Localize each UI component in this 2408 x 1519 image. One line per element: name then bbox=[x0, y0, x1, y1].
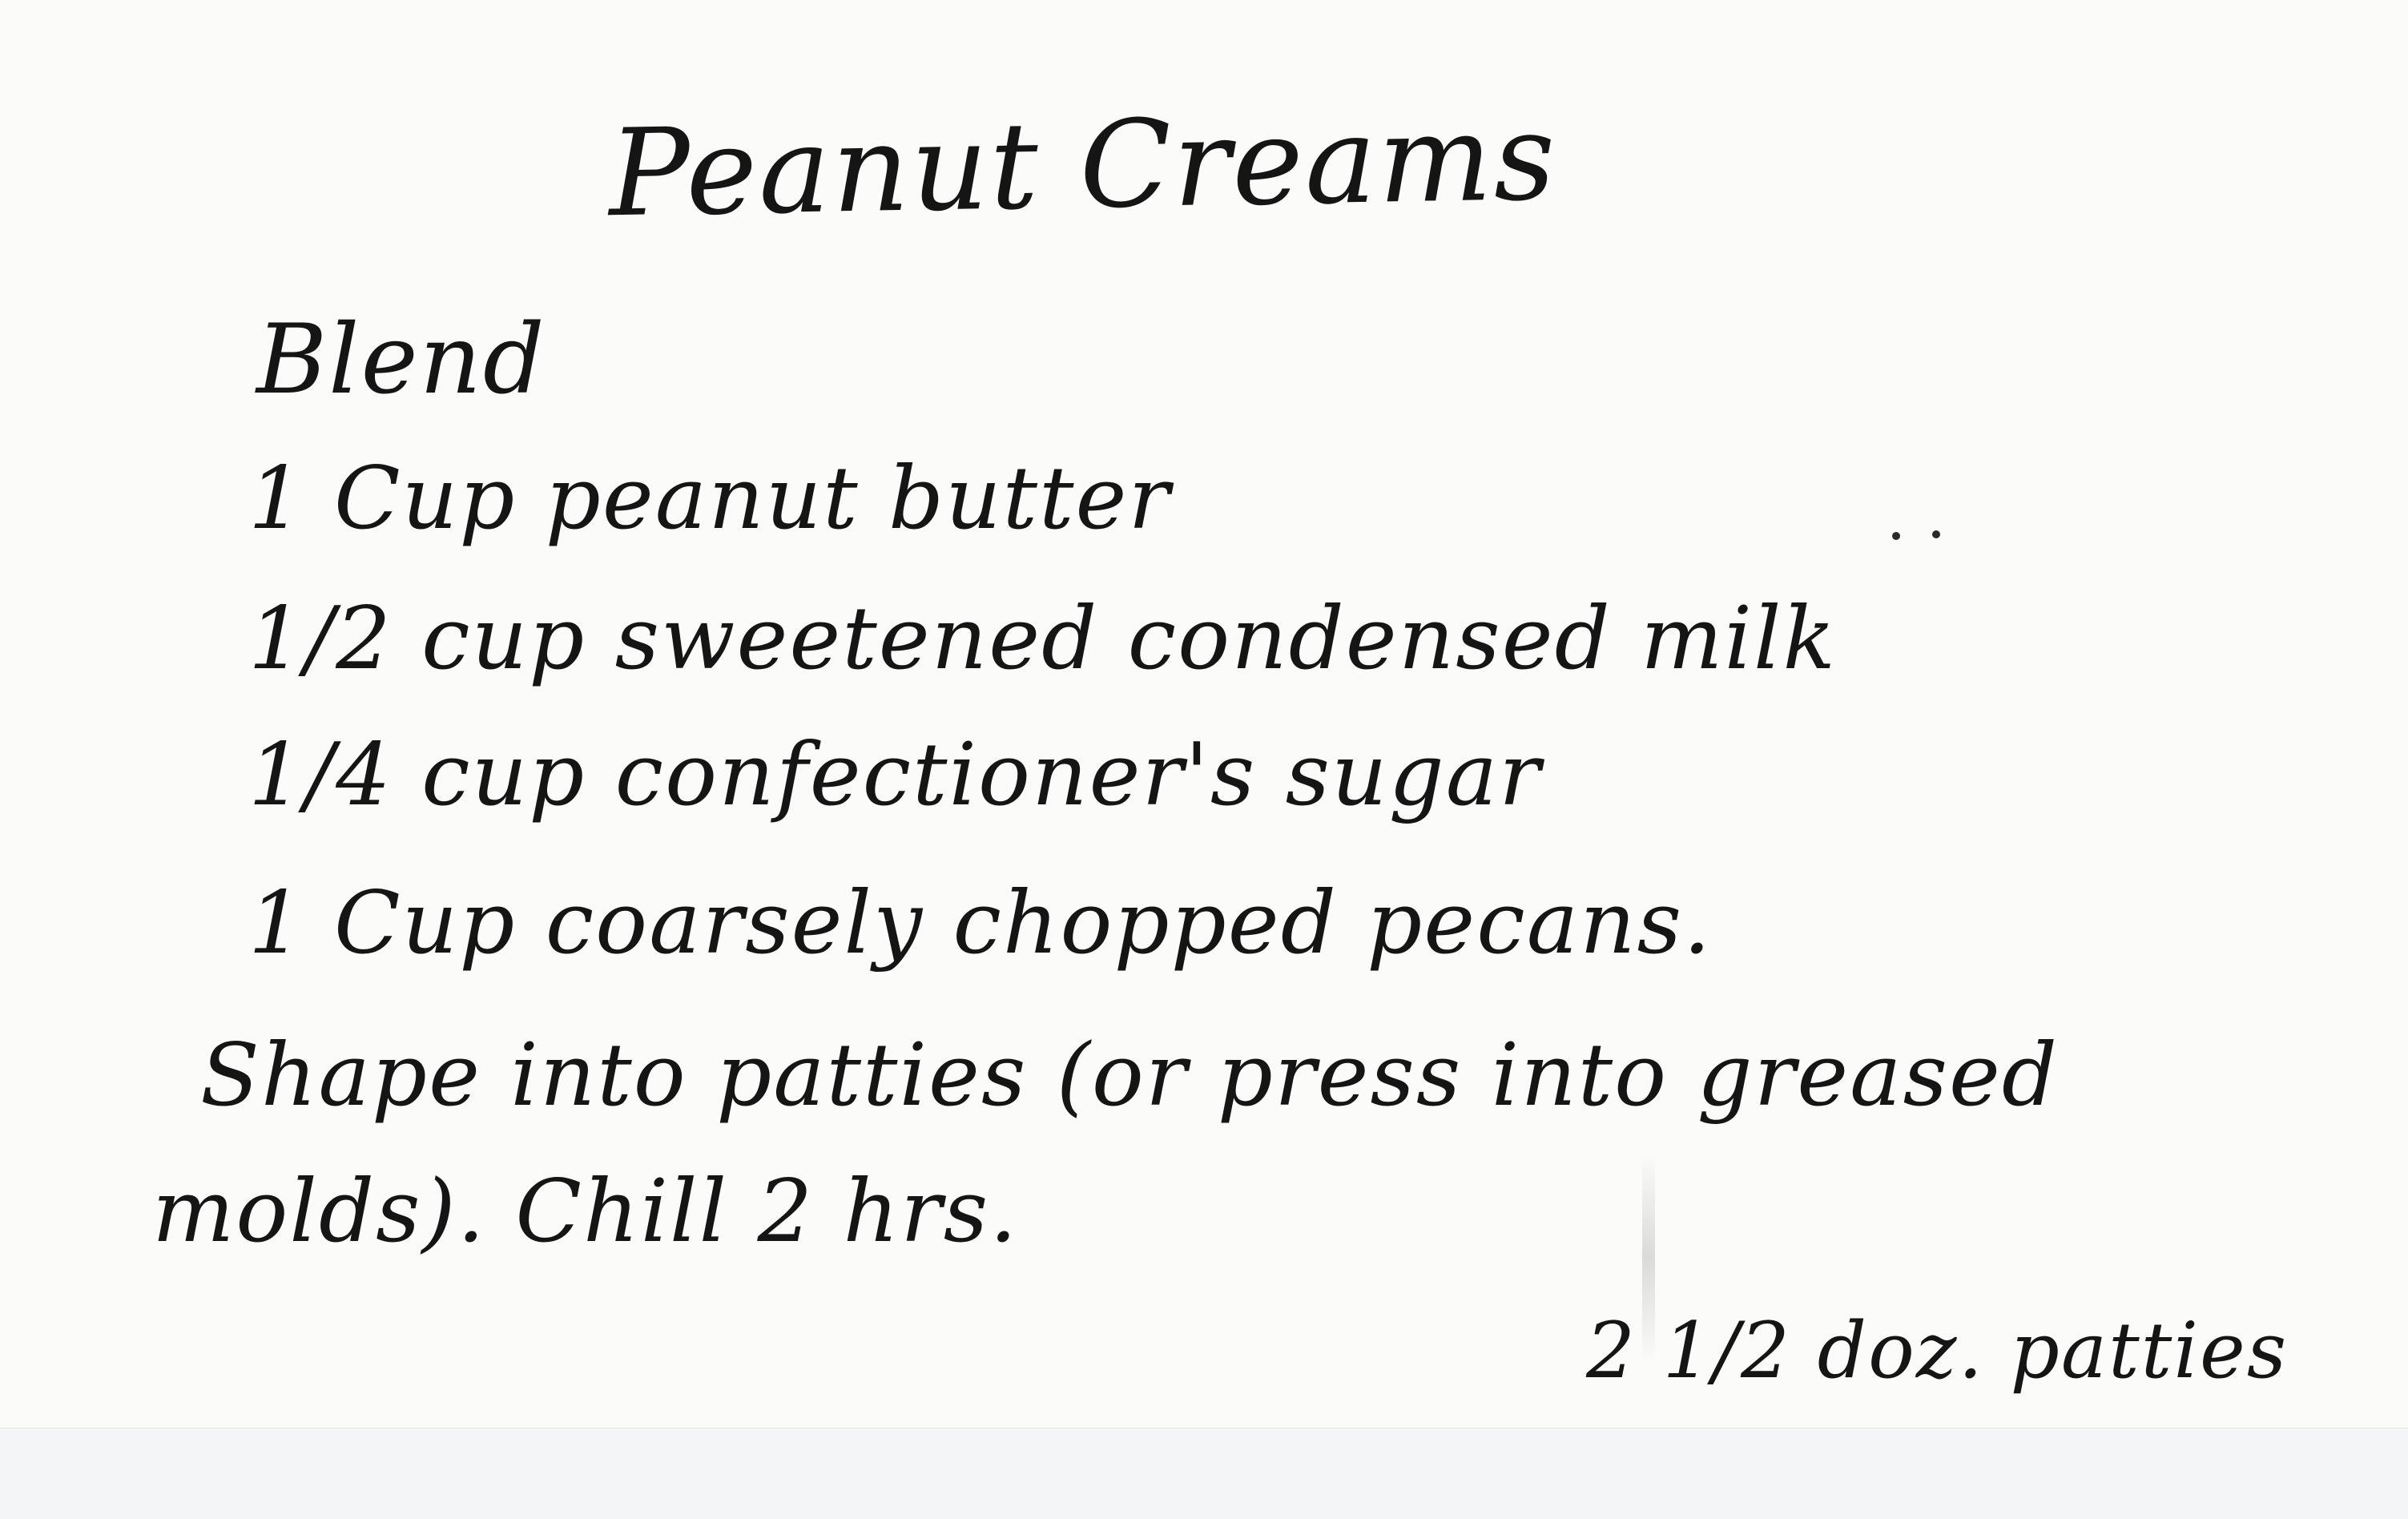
scanned-recipe-card: Peanut Creams Blend 1 Cup peanut butter … bbox=[0, 0, 2408, 1519]
recipe-card: Peanut Creams Blend 1 Cup peanut butter … bbox=[0, 0, 2408, 1429]
ingredient-item: 1 Cup coarsely chopped pecans. bbox=[248, 873, 1712, 973]
ingredient-item: 1/4 cup confectioner's sugar bbox=[248, 725, 1542, 825]
recipe-title: Peanut Creams bbox=[608, 88, 1558, 244]
scan-streak bbox=[1642, 1154, 1655, 1362]
instruction-blend: Blend bbox=[256, 304, 546, 416]
ink-dot bbox=[1892, 532, 1900, 540]
ink-dot bbox=[1932, 530, 1940, 538]
ingredient-item: 1/2 cup sweetened condensed milk bbox=[248, 589, 1837, 689]
ingredient-item: 1 Cup peanut butter bbox=[248, 449, 1171, 549]
method-line: molds). Chill 2 hrs. bbox=[152, 1162, 1018, 1262]
method-line: Shape into patties (or press into grease… bbox=[200, 1025, 2059, 1126]
recipe-yield: 2 1/2 doz. patties bbox=[1586, 1306, 2288, 1396]
